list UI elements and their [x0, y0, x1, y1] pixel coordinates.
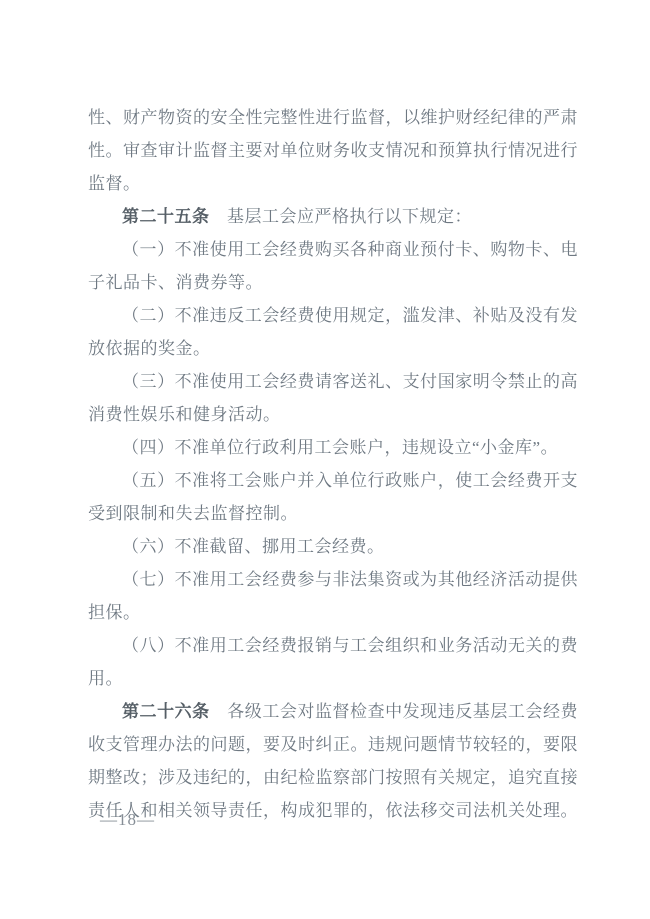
paragraph: （七）不准用工会经费参与非法集资或为其他经济活动提供担保。 [88, 563, 578, 629]
paragraph: （一）不准使用工会经费购买各种商业预付卡、购物卡、电子礼品卡、消费券等。 [88, 233, 578, 299]
document-page: 性、财产物资的安全性完整性进行监督，以维护财经纪律的严肃性。审查审计监督主要对单… [0, 0, 650, 919]
article-number: 第二十五条 [122, 207, 210, 226]
article-number: 第二十六条 [122, 702, 210, 721]
paragraph: （八）不准用工会经费报销与工会组织和业务活动无关的费用。 [88, 629, 578, 695]
paragraph: （四）不准单位行政利用工会账户，违规设立“小金库”。 [88, 431, 578, 464]
page-number: —18— [100, 808, 155, 832]
document-body: 性、财产物资的安全性完整性进行监督，以维护财经纪律的严肃性。审查审计监督主要对单… [88, 101, 578, 827]
article-paragraph: 第二十五条 基层工会应严格执行以下规定： [88, 200, 578, 233]
paragraph: （五）不准将工会账户并入单位行政账户，使工会经费开支受到限制和失去监督控制。 [88, 464, 578, 530]
paragraph: （六）不准截留、挪用工会经费。 [88, 530, 578, 563]
paragraph: （二）不准违反工会经费使用规定，滥发津、补贴及没有发放依据的奖金。 [88, 299, 578, 365]
paragraph: 性、财产物资的安全性完整性进行监督，以维护财经纪律的严肃性。审查审计监督主要对单… [88, 101, 578, 200]
article-paragraph: 第二十六条 各级工会对监督检查中发现违反基层工会经费收支管理办法的问题，要及时纠… [88, 695, 578, 827]
paragraph: （三）不准使用工会经费请客送礼、支付国家明令禁止的高消费性娱乐和健身活动。 [88, 365, 578, 431]
